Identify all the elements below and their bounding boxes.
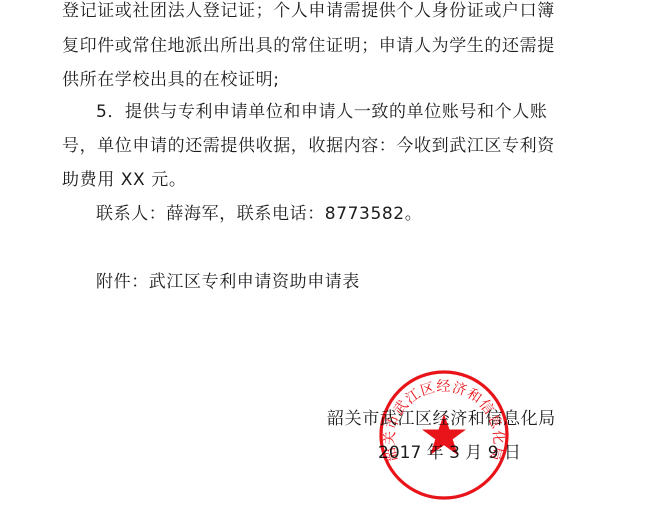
document-page: 登记证或社团法人登记证；个人申请需提供个人身份证或户口簿 复印件或常住地派出所出…	[0, 0, 648, 531]
paragraph-line: 复印件或常住地派出所出具的常住证明；申请人为学生的还需提	[62, 35, 555, 57]
official-seal: 韶关市武江区经济和信息化局	[377, 368, 511, 502]
paragraph-line: 号，单位申请的还需提供收据，收据内容：今收到武江区专利资	[62, 135, 555, 157]
paragraph-line: 登记证或社团法人登记证；个人申请需提供个人身份证或户口簿	[62, 0, 555, 22]
contact-line: 联系人：薛海军，联系电话：8773582。	[96, 203, 422, 225]
paragraph-line: 助费用 XX 元。	[62, 169, 187, 191]
paragraph-line: 供所在学校出具的在校证明;	[62, 69, 280, 91]
paragraph-item-5: 5．提供与专利申请单位和申请人一致的单位账号和个人账	[96, 101, 547, 123]
attachment-line: 附件：武江区专利申请资助申请表	[96, 271, 360, 293]
star-icon	[422, 414, 466, 455]
